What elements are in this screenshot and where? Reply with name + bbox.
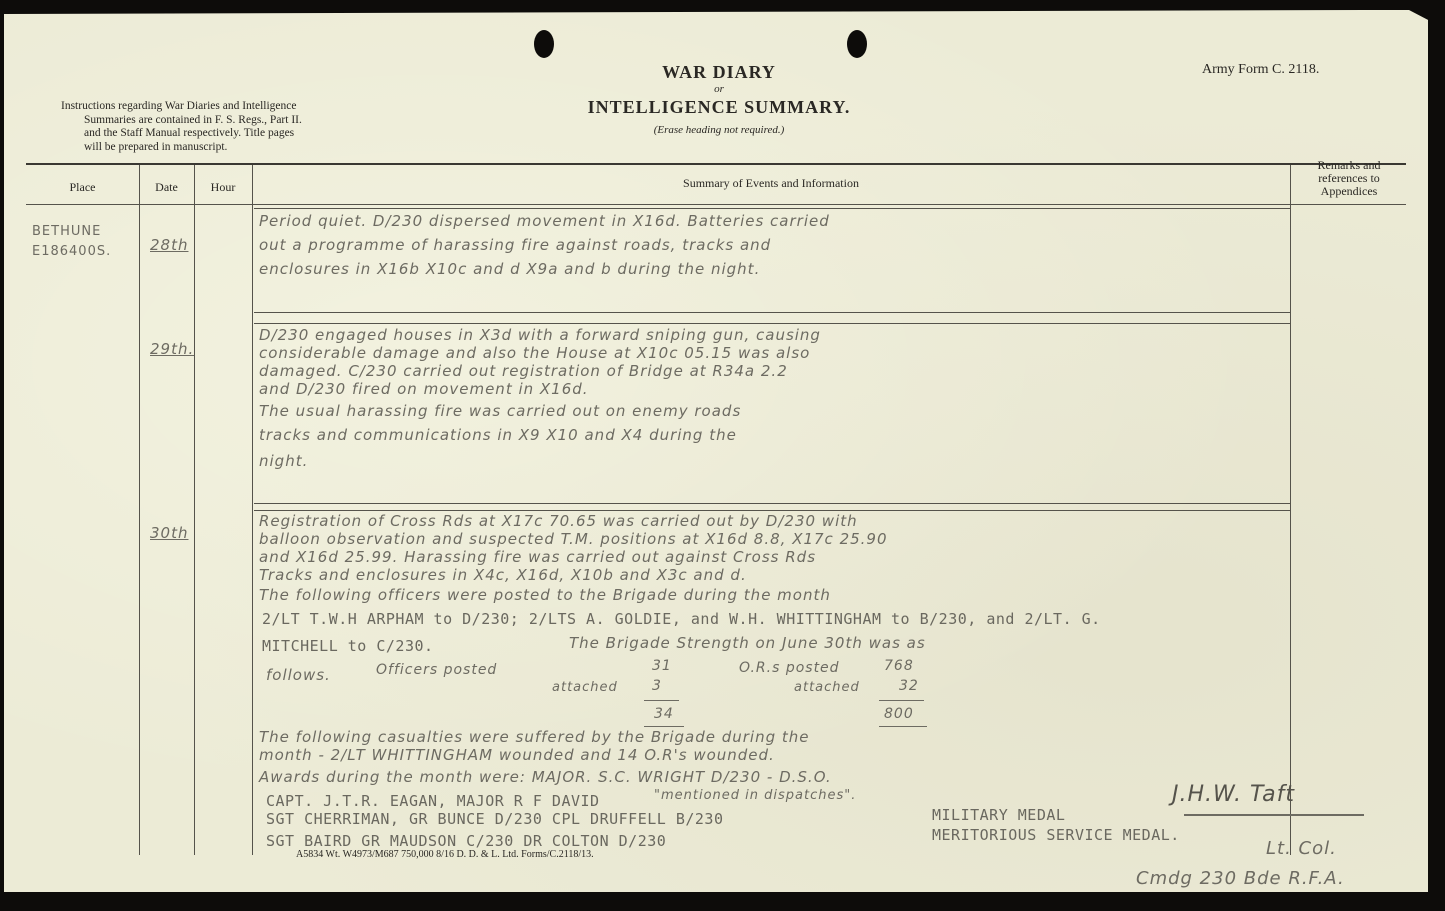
entry-date-28: 28th xyxy=(150,236,188,254)
col-header-remarks: Remarks and references to Appendices xyxy=(1290,159,1408,198)
place-name: BETHUNE xyxy=(32,222,111,242)
col-divider-place xyxy=(139,165,140,855)
award-type: MERITORIOUS SERVICE MEDAL. xyxy=(932,826,1180,844)
entry-place: BETHUNE E186400S. xyxy=(32,222,111,262)
instructions-line: Summaries are contained in F. S. Regs., … xyxy=(61,114,302,128)
signature-unit: Cmdg 230 Bde R.F.A. xyxy=(1136,868,1345,889)
table-top-rule xyxy=(26,163,1406,165)
entry-30-line: and X16d 25.99. Harassing fire was carri… xyxy=(259,548,816,566)
ors-attached-label: attached xyxy=(794,680,860,695)
award-type: "mentioned in dispatches". xyxy=(654,788,856,803)
remarks-header-line: Appendices xyxy=(1290,185,1408,198)
entry-30-line: The following officers were posted to th… xyxy=(259,586,831,604)
officers-posted-label: Officers posted xyxy=(376,662,497,678)
col-header-summary: Summary of Events and Information xyxy=(252,176,1290,191)
entry-28-line: Period quiet. D/230 dispersed movement i… xyxy=(259,212,830,230)
casualties-line: month - 2/LT WHITTINGHAM wounded and 14 … xyxy=(259,746,775,764)
officers-sum-rule xyxy=(644,700,679,701)
entry-28-line: enclosures in X16b X10c and d X9a and b … xyxy=(259,260,760,278)
place-map-ref: E186400S. xyxy=(32,242,111,262)
entry-box-28-top xyxy=(254,208,1290,209)
printer-imprint: A5834 Wt. W4973/M687 750,000 8/16 D. D. … xyxy=(296,849,594,860)
col-header-place: Place xyxy=(26,180,139,195)
entry-29-line: The usual harassing fire was carried out… xyxy=(259,402,741,420)
instructions-note: Instructions regarding War Diaries and I… xyxy=(61,100,302,154)
officers-total-value: 34 xyxy=(654,706,674,722)
entry-29-line: D/230 engaged houses in X3d with a forwa… xyxy=(259,326,821,344)
col-header-hour: Hour xyxy=(194,180,252,195)
award-type: MILITARY MEDAL xyxy=(932,806,1065,824)
officers-attached-value: 3 xyxy=(652,678,662,694)
signature-rank: Lt. Col. xyxy=(1266,838,1337,859)
header-bottom-rule xyxy=(26,204,1406,205)
punch-hole-right xyxy=(847,30,867,58)
officers-total-rule xyxy=(644,726,684,727)
officers-attached-label: attached xyxy=(552,680,618,695)
entry-29-line: and D/230 fired on movement in X16d. xyxy=(259,380,589,398)
instructions-line: and the Staff Manual respectively. Title… xyxy=(61,127,302,141)
entry-30-line: Registration of Cross Rds at X17c 70.65 … xyxy=(259,512,858,530)
casualties-line: The following casualties were suffered b… xyxy=(259,728,810,746)
war-diary-sheet: Instructions regarding War Diaries and I… xyxy=(4,10,1428,892)
award-recipients: SGT CHERRIMAN, GR BUNCE D/230 CPL DRUFFE… xyxy=(266,810,723,828)
entry-date-30: 30th xyxy=(150,524,188,542)
officers-posted-value: 31 xyxy=(652,658,672,674)
ors-total-rule xyxy=(879,726,927,727)
ors-sum-rule xyxy=(879,700,924,701)
entry-30-line: Tracks and enclosures in X4c, X16d, X10b… xyxy=(259,566,747,584)
entry-30-line: balloon observation and suspected T.M. p… xyxy=(259,530,888,548)
instructions-line: Instructions regarding War Diaries and I… xyxy=(61,100,302,114)
title-intelligence-summary: INTELLIGENCE SUMMARY. xyxy=(544,97,894,118)
form-number: Army Form C. 2118. xyxy=(1202,62,1319,78)
form-title: WAR DIARY or INTELLIGENCE SUMMARY. (Eras… xyxy=(544,62,894,136)
officers-posted-line-2: MITCHELL to C/230. xyxy=(262,637,434,655)
entry-box-29-top xyxy=(254,323,1290,324)
entry-box-30-top xyxy=(254,510,1290,511)
entry-28-line: out a programme of harassing fire agains… xyxy=(259,236,771,254)
entry-29-line: considerable damage and also the House a… xyxy=(259,344,810,362)
title-war-diary: WAR DIARY xyxy=(544,62,894,83)
award-recipients: CAPT. J.T.R. EAGAN, MAJOR R F DAVID xyxy=(266,792,600,810)
ors-posted-label: O.R.s posted xyxy=(739,660,840,676)
entry-box-28-bottom xyxy=(254,312,1290,313)
awards-line: Awards during the month were: MAJOR. S.C… xyxy=(259,768,832,786)
title-or: or xyxy=(544,83,894,95)
col-header-date: Date xyxy=(139,180,194,195)
col-divider-hour xyxy=(252,165,253,855)
col-divider-remarks xyxy=(1290,165,1291,855)
ors-posted-value: 768 xyxy=(884,658,914,674)
strength-intro: The Brigade Strength on June 30th was as xyxy=(569,634,926,652)
instructions-line: will be prepared in manuscript. xyxy=(61,141,302,155)
signature-name: J.H.W. Taft xyxy=(1172,782,1295,807)
entry-29-line: damaged. C/230 carried out registration … xyxy=(259,362,788,380)
ors-total-value: 800 xyxy=(884,706,914,722)
punch-hole-left xyxy=(534,30,554,58)
strength-follows: follows. xyxy=(266,666,331,684)
signature-underline xyxy=(1184,814,1364,816)
entry-date-29: 29th. xyxy=(150,340,194,358)
entry-29-line: tracks and communications in X9 X10 and … xyxy=(259,426,737,444)
officers-posted-line: 2/LT T.W.H ARPHAM to D/230; 2/LTS A. GOL… xyxy=(262,610,1101,628)
col-divider-date xyxy=(194,165,195,855)
ors-attached-value: 32 xyxy=(899,678,919,694)
title-note: (Erase heading not required.) xyxy=(544,124,894,136)
entry-29-line: night. xyxy=(259,452,308,470)
entry-box-29-bottom xyxy=(254,503,1290,504)
award-recipients: SGT BAIRD GR MAUDSON C/230 DR COLTON D/2… xyxy=(266,832,666,850)
